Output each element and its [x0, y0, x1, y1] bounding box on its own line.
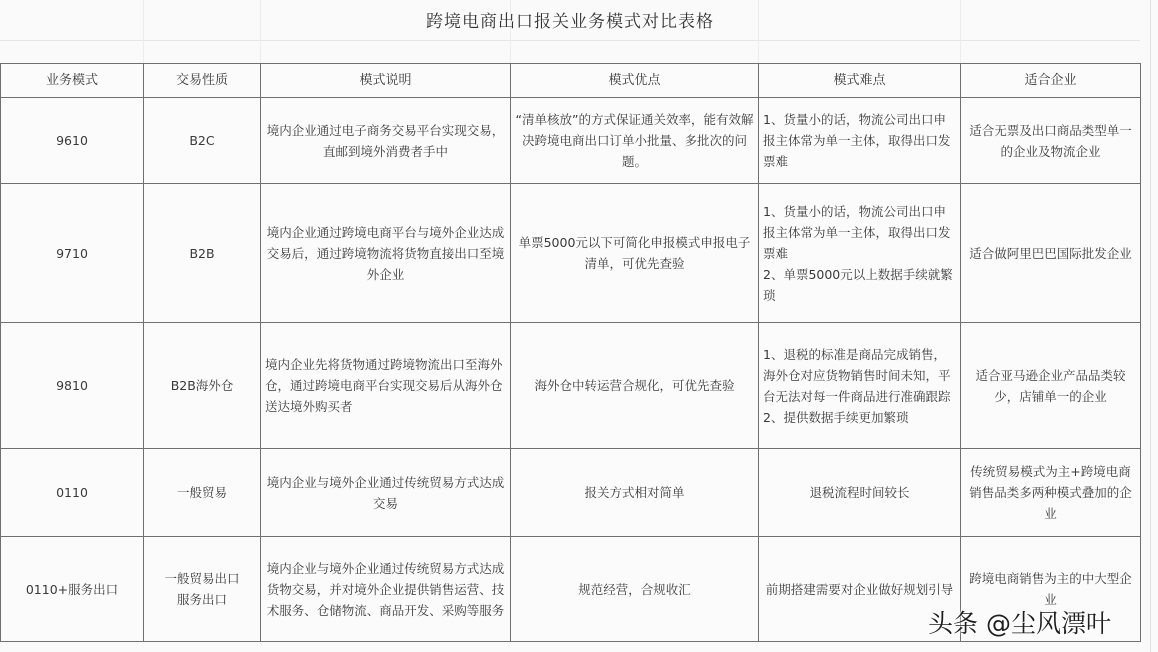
watermark: 头条 @尘风漂叶 — [928, 604, 1111, 640]
difficulty-item: 1、退税的标准是商品完成销售，海外仓对应货物销售时间未知，平台无法对每一件商品进… — [763, 344, 956, 407]
difficulty-item: 2、单票5000元以上数据手续就繁琐 — [763, 264, 956, 306]
document-title: 跨境电商出口报关业务模式对比表格 — [0, 4, 1140, 40]
cell-mode: 9610 — [1, 98, 144, 184]
cell-difficulties: 退税流程时间较长 — [759, 449, 961, 537]
cell-nature: B2B — [144, 184, 261, 323]
cell-description: 境内企业通过电子商务交易平台实现交易，直邮到境外消费者手中 — [261, 98, 511, 184]
sheet-gridline — [0, 40, 1140, 41]
cell-mode: 9810 — [1, 323, 144, 449]
table-row: 9710 B2B 境内企业通过跨境电商平台与境外企业达成交易后，通过跨境物流将货… — [1, 184, 1141, 323]
header-suitable-enterprise: 适合企业 — [961, 64, 1141, 98]
cell-description: 境内企业与境外企业通过传统贸易方式达成交易 — [261, 449, 511, 537]
cell-description: 境内企业与境外企业通过传统贸易方式达成货物交易，并对境外企业提供销售运营、技术服… — [261, 537, 511, 642]
cell-difficulties: 1、退税的标准是商品完成销售，海外仓对应货物销售时间未知，平台无法对每一件商品进… — [759, 323, 961, 449]
header-trade-nature: 交易性质 — [144, 64, 261, 98]
difficulty-item: 1、货量小的话，物流公司出口申报主体常为单一主体，取得出口发票难 — [763, 109, 956, 172]
header-mode-advantages: 模式优点 — [511, 64, 759, 98]
table-row: 9610 B2C 境内企业通过电子商务交易平台实现交易，直邮到境外消费者手中 “… — [1, 98, 1141, 184]
cell-advantages: 报关方式相对简单 — [511, 449, 759, 537]
cell-advantages: 海外仓中转运营合规化，可优先查验 — [511, 323, 759, 449]
cell-mode: 0110+服务出口 — [1, 537, 144, 642]
cell-advantages: 规范经营，合规收汇 — [511, 537, 759, 642]
table-header-row: 业务模式 交易性质 模式说明 模式优点 模式难点 适合企业 — [1, 64, 1141, 98]
cell-suitable: 适合亚马逊企业产品品类较少，店铺单一的企业 — [961, 323, 1141, 449]
cell-difficulties: 1、货量小的话，物流公司出口申报主体常为单一主体，取得出口发票难 2、单票500… — [759, 184, 961, 323]
difficulty-item: 前期搭建需要对企业做好规划引导 — [763, 579, 956, 600]
cell-difficulties: 1、货量小的话，物流公司出口申报主体常为单一主体，取得出口发票难 — [759, 98, 961, 184]
table-row: 0110 一般贸易 境内企业与境外企业通过传统贸易方式达成交易 报关方式相对简单… — [1, 449, 1141, 537]
header-business-mode: 业务模式 — [1, 64, 144, 98]
cell-nature: 一般贸易出口服务出口 — [144, 537, 261, 642]
cell-mode: 0110 — [1, 449, 144, 537]
comparison-table: 业务模式 交易性质 模式说明 模式优点 模式难点 适合企业 9610 B2C 境… — [0, 63, 1141, 642]
spreadsheet-page: 跨境电商出口报关业务模式对比表格 业务模式 交易性质 模式说明 模式优点 模式难… — [0, 0, 1158, 652]
difficulty-item: 退税流程时间较长 — [763, 482, 956, 503]
table-row: 9810 B2B海外仓 境内企业先将货物通过跨境物流出口至海外仓，通过跨境电商平… — [1, 323, 1141, 449]
cell-suitable: 传统贸易模式为主+跨境电商销售品类多两种模式叠加的企业 — [961, 449, 1141, 537]
cell-advantages: 单票5000元以下可简化申报模式申报电子清单，可优先查验 — [511, 184, 759, 323]
cell-suitable: 适合无票及出口商品类型单一的企业及物流企业 — [961, 98, 1141, 184]
header-mode-description: 模式说明 — [261, 64, 511, 98]
cell-description: 境内企业通过跨境电商平台与境外企业达成交易后，通过跨境物流将货物直接出口至境外企… — [261, 184, 511, 323]
cell-mode: 9710 — [1, 184, 144, 323]
cell-nature-text: 一般贸易出口服务出口 — [164, 571, 239, 607]
difficulty-item: 2、提供数据手续更加繁琐 — [763, 407, 956, 428]
cell-description: 境内企业先将货物通过跨境物流出口至海外仓，通过跨境电商平台实现交易后从海外仓送达… — [261, 323, 511, 449]
cell-suitable: 适合做阿里巴巴国际批发企业 — [961, 184, 1141, 323]
difficulty-item: 1、货量小的话，物流公司出口申报主体常为单一主体，取得出口发票难 — [763, 201, 956, 264]
cell-advantages: “清单核放”的方式保证通关效率，能有效解决跨境电商出口订单小批量、多批次的问题。 — [511, 98, 759, 184]
cell-nature: B2C — [144, 98, 261, 184]
header-mode-difficulties: 模式难点 — [759, 64, 961, 98]
cell-nature: B2B海外仓 — [144, 323, 261, 449]
cell-nature: 一般贸易 — [144, 449, 261, 537]
sheet-edge — [1150, 0, 1151, 652]
